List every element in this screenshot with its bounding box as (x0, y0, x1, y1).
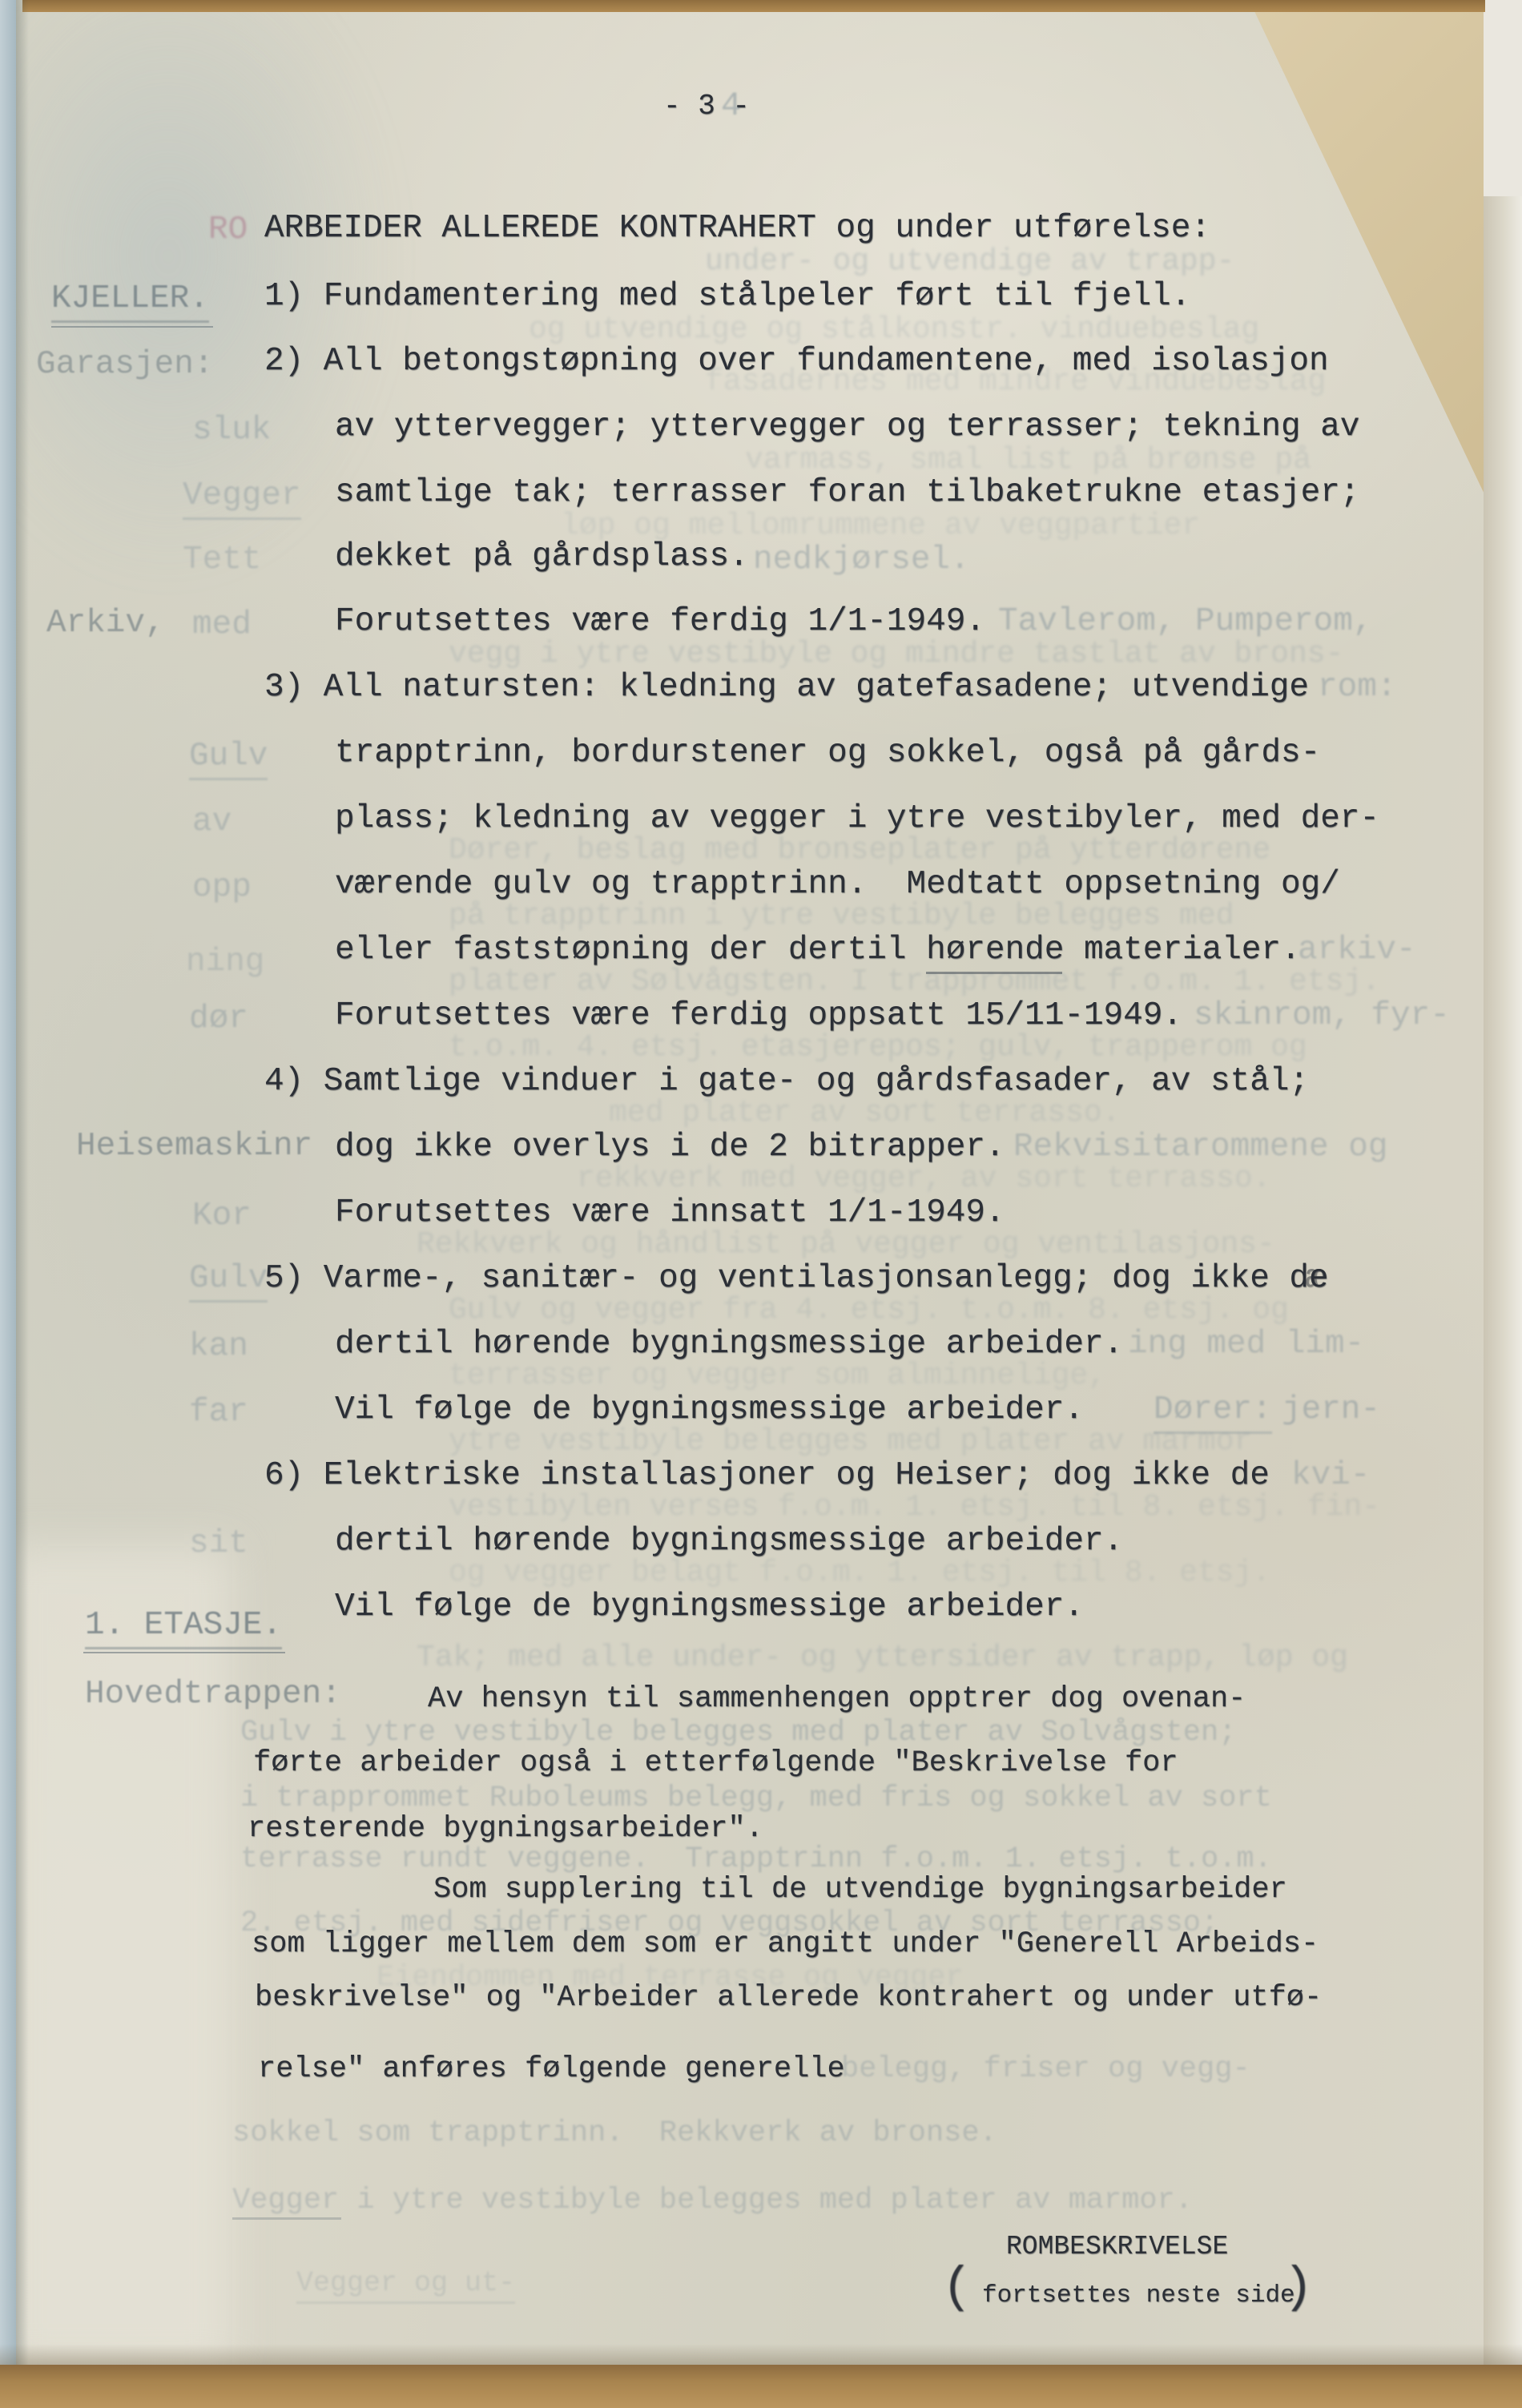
ghost-bleed-line: under- og utvendige av trapp- (705, 244, 1234, 280)
typed-line: samtlige tak; terrasser foran tilbaketru… (335, 474, 1359, 512)
typed-line: Som supplering til de utvendige bygnings… (433, 1873, 1287, 1907)
page-top-edge (22, 0, 1485, 12)
underline-mark (51, 326, 213, 328)
margin-label: Arkiv, (46, 605, 165, 642)
ghost-bleed-line: Tak; med alle under- og yttersider av tr… (417, 1641, 1348, 1676)
ghost-bleed-line: terrasser og vegger som alminnelige, (449, 1359, 1106, 1394)
ghost-bleed-line: sokkel som trapptrinn. Rekkverk av brons… (232, 2116, 997, 2151)
ghost-bleed-line: Dører, beslag med bronseplater på ytterd… (449, 833, 1270, 868)
typed-line: Vil følge de bygningsmessige arbeider. (335, 1589, 1084, 1626)
ghost-bleed-line: 4 (721, 87, 741, 125)
ghost-bleed-line: Gulv (189, 738, 268, 780)
margin-label: Hovedtrappen: (85, 1676, 341, 1713)
ghost-bleed-line: sluk (192, 412, 271, 449)
typed-line: Av hensyn til sammenhengen opptrer dog o… (428, 1682, 1246, 1717)
typed-line: resterende bygningsarbeider". (248, 1812, 763, 1846)
ghost-bleed-line: ytre vestibyle belegges med plater av ma… (449, 1424, 1252, 1460)
ghost-bleed-line: plater av Sølvågsten. I trapprommet f.o.… (449, 964, 1380, 1000)
typed-line: Forutsettes være ferdig 1/1-1949. (335, 603, 985, 641)
ghost-bleed-line: rom: (1318, 669, 1396, 707)
ghost-bleed-line: Vegger og ut- (296, 2267, 515, 2304)
ghost-bleed-line: rekkverk med vegger, av sort terrasso. (577, 1162, 1271, 1197)
typed-line: 1) Fundamentering med stålpeler ført til… (264, 278, 1190, 316)
typed-line: relse" anføres følgende generelle (258, 2052, 845, 2087)
page-bottom-shadow (0, 2344, 1522, 2366)
underline-mark (83, 1652, 285, 1653)
footer-paren-open: ( (942, 2259, 972, 2316)
ghost-bleed-line: vestibylen verses f.o.m. 1. etsj. til 8.… (449, 1490, 1380, 1525)
ghost-bleed-line: vegg i ytre vestibyle og mindre tastlat … (449, 637, 1343, 672)
ghost-bleed-line: og vegger belagt f.o.m. 1. etsj. til 8. … (449, 1556, 1270, 1591)
margin-label: Garasjen: (36, 346, 213, 384)
ghost-bleed-line: terrasse rundt veggene. Trapptrinn f.o.m… (240, 1842, 1272, 1877)
ghost-bleed-line: fasadernes med mindre vinduebeslag (705, 364, 1326, 400)
typed-line: førte arbeider også i etterfølgende "Bes… (253, 1746, 1178, 1781)
ghost-bleed-line: kan (189, 1328, 248, 1366)
footer-continuation-note: fortsettes neste side (982, 2281, 1295, 2310)
stamp-ghost: RO (208, 211, 248, 249)
ghost-bleed-line: Kor (192, 1198, 252, 1235)
background-top-right (1484, 0, 1522, 196)
ghost-bleed-line: Rekkverk og håndlist på vegger og ventil… (417, 1227, 1275, 1262)
page-right-edge (1484, 196, 1522, 2408)
ghost-bleed-line: i trapprommet Ruboleums belegg, med fris… (240, 1782, 1272, 1816)
ghost-bleed-line: med plater av sort terrasso. (609, 1096, 1121, 1131)
ghost-bleed-line: Vegger i ytre vestibyle belegges med pla… (232, 2184, 1193, 2218)
scanned-document-page: { "content": { "page_number": "- 3 -", "… (0, 0, 1522, 2408)
ghost-bleed-line: Tavlerom, Pumperom, (998, 603, 1372, 641)
ghost-bleed-line: opp (192, 869, 252, 907)
margin-label: KJELLER. (51, 280, 209, 323)
ghost-bleed-line: t.o.m. 4. etsj. etasjerepos; gulv, trapp… (449, 1030, 1307, 1065)
ghost-bleed-line: dør (189, 1001, 248, 1038)
ghost-bleed-line: sit (189, 1525, 248, 1563)
underline-mark (926, 972, 1062, 974)
ghost-bleed-line: og utvendige og stålkonstr. vinduebeslag (529, 312, 1259, 348)
ghost-bleed-line: ning (186, 944, 264, 981)
margin-label: Heisemaskinr (76, 1128, 312, 1166)
ghost-bleed-line: Gulv (189, 1260, 268, 1303)
footer-section-label: ROMBESKRIVELSE (1006, 2232, 1228, 2262)
footer-paren-close: ) (1283, 2259, 1313, 2316)
ghost-bleed-line: Tett (183, 542, 261, 579)
ghost-bleed-line: far (189, 1394, 248, 1432)
ghost-bleed-line: Vegger (183, 477, 301, 520)
typed-line: 3) All natursten: kledning av gatefasade… (264, 669, 1309, 707)
ghost-bleed-line: Gulv og vegger fra 4. etsj. t.o.m. 8. et… (449, 1293, 1289, 1328)
table-surface-bottom (0, 2365, 1522, 2408)
ghost-bleed-line: belegg, friser og vegg- (841, 2052, 1250, 2087)
typed-line: dekket på gårdsplass. (335, 538, 749, 576)
underline-mark (232, 2217, 341, 2220)
ghost-bleed-line: løp og mellomrummene av veggpartier (561, 509, 1200, 544)
left-edge-shadow (16, 0, 29, 2408)
ghost-bleed-line: 2. etsj. med sidefriser og veggsokkel av… (240, 1907, 1218, 1941)
heading: ARBEIDER ALLEREDE KONTRAHERT og under ut… (264, 210, 1210, 248)
ghost-bleed-line: Gulv i ytre vestibyle belegges med plate… (240, 1716, 1236, 1750)
typed-line: trapptrinn, bordurstener og sokkel, også… (335, 735, 1320, 772)
ghost-bleed-line: jern- (1282, 1391, 1380, 1429)
page-left-edge (0, 0, 16, 2408)
ghost-bleed-line: med (192, 606, 252, 644)
ghost-bleed-line: nedkjørsel. (753, 542, 970, 579)
ghost-bleed-line: av (192, 803, 232, 841)
typed-line: av yttervegger; yttervegger og terrasser… (335, 409, 1359, 446)
ghost-bleed-line: varmass, smal list på brønse på (745, 443, 1311, 478)
ghost-bleed-line: Eiendommen med terrasse og vegger (376, 1961, 964, 1995)
ghost-bleed-line: på trapptrinn i ytre vestibyle belegges … (449, 899, 1234, 934)
ghost-bleed-line: ing med lim- (1128, 1326, 1364, 1363)
paper-shading-bottom-left (0, 1546, 232, 2371)
typed-line: æ (1306, 1260, 1326, 1298)
margin-label: 1. ETASJE. (85, 1607, 282, 1649)
